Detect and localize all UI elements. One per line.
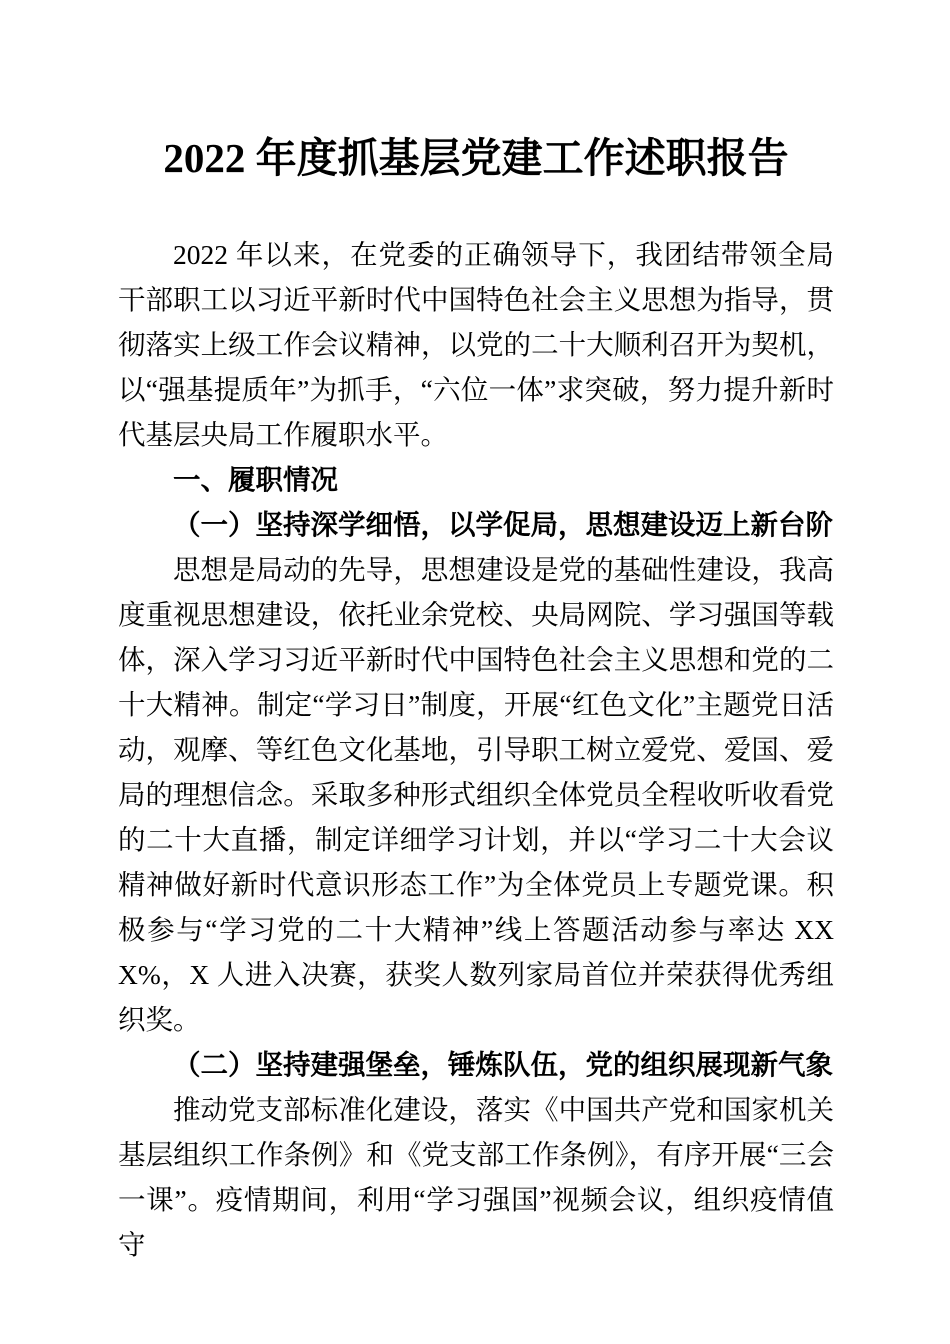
document-title: 2022 年度抓基层党建工作述职报告	[118, 130, 834, 186]
subsection-heading-2: （二）坚持建强堡垒，锤炼队伍，党的组织展现新气象	[118, 1042, 834, 1087]
section-heading-1: 一、履职情况	[118, 457, 834, 502]
paragraph-ideology: 思想是局动的先导，思想建设是党的基础性建设，我高度重视思想建设，依托业余党校、央…	[118, 547, 834, 1042]
paragraph-organization: 推动党支部标准化建设，落实《中国共产党和国家机关基层组织工作条例》和《党支部工作…	[118, 1087, 834, 1267]
paragraph-intro: 2022 年以来，在党委的正确领导下，我团结带领全局干部职工以习近平新时代中国特…	[118, 232, 834, 457]
document-page: 2022 年度抓基层党建工作述职报告 2022 年以来，在党委的正确领导下，我团…	[0, 0, 950, 1344]
subsection-heading-1: （一）坚持深学细悟，以学促局，思想建设迈上新台阶	[118, 502, 834, 547]
